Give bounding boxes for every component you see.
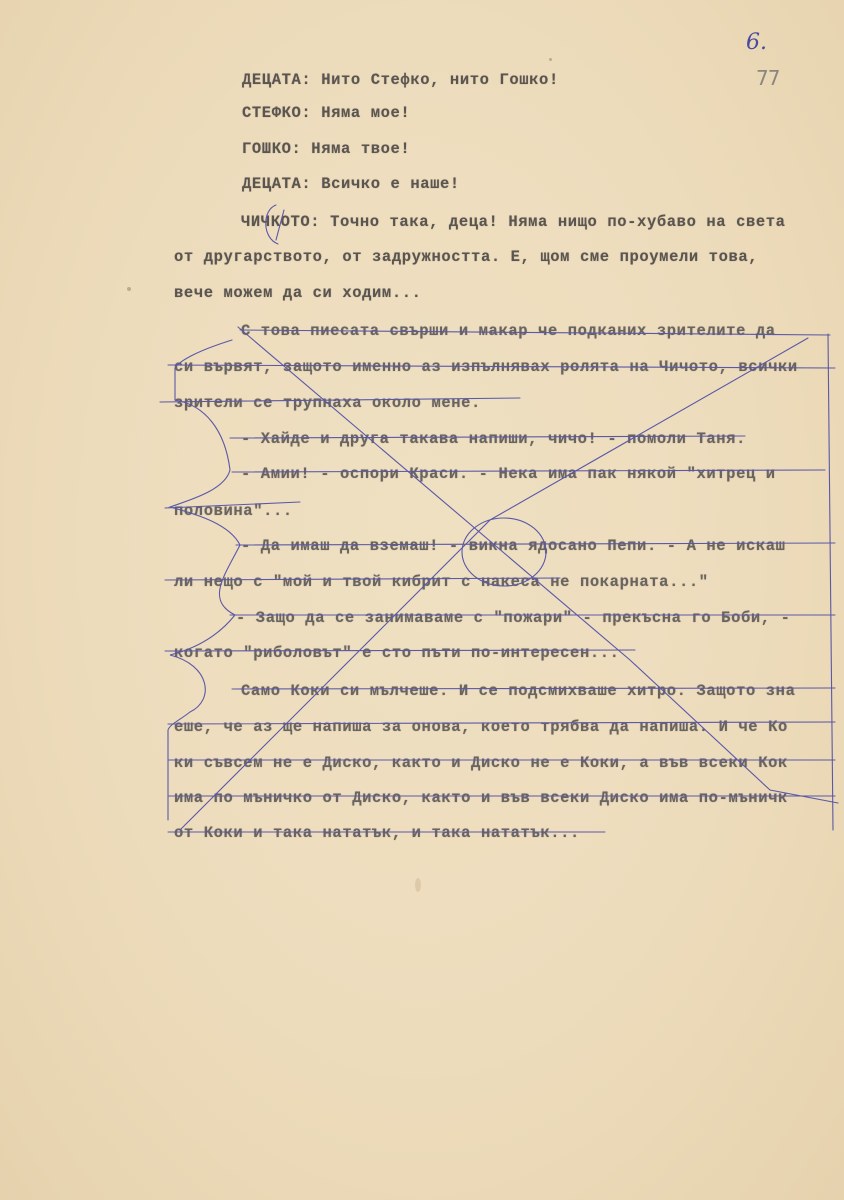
struck-line: когато "риболовът" е сто пъти по-интерес… [174,644,620,662]
paper-stain [415,878,421,892]
struck-line: С това пиесата свърши и макар че подкани… [241,322,776,340]
struck-line: има по мъничко от Диско, както и във все… [174,789,788,807]
page-number-pencil: 77 [756,66,779,90]
dialogue-line: от другарството, от задружността. Е, щом… [174,248,758,266]
struck-line: - Амии! - оспори Краси. - Нека има пак н… [241,465,776,483]
struck-line: половина"... [174,502,293,520]
struck-line: си вървят, защото именно аз изпълнявах р… [174,358,798,376]
dialogue-line: ГОШКО: Няма твое! [242,140,410,158]
struck-line: еше, че аз ще напиша за онова, което тря… [174,718,788,736]
ink-speck [549,58,552,61]
struck-line: ли нещо с "мой и твой кибрит с накеса не… [174,573,709,591]
dialogue-line: вече можем да си ходим... [174,284,422,302]
struck-line: - Хайде и друга такава напиши, чичо! - п… [241,430,746,448]
struck-line: ки съвсем не е Диско, както и Диско не е… [174,754,788,772]
struck-line: - Да имаш да вземаш! - викна ядосано Пеп… [241,537,786,555]
struck-line: от Коки и така нататък, и така нататък..… [174,824,580,842]
struck-line: - Защо да се занимаваме с "пожари" - пре… [236,609,790,627]
dialogue-line: ДЕЦАТА: Нито Стефко, нито Гошко! [242,71,559,89]
dialogue-line: ЧИЧКОТО: Точно така, деца! Няма нищо по-… [241,213,786,231]
dialogue-line: СТЕФКО: Няма мое! [242,104,410,122]
struck-line: Само Коки си мълчеше. И се подсмихваше х… [241,682,795,700]
typewritten-page: 6. 77 ДЕЦАТА: Нито Стефко, нито Гошко! С… [0,0,844,1200]
page-number-ink: 6. [746,30,767,55]
struck-line: зрители се трупнаха около мене. [174,394,481,412]
ink-speck [127,287,131,291]
dialogue-line: ДЕЦАТА: Всичко е наше! [242,175,460,193]
